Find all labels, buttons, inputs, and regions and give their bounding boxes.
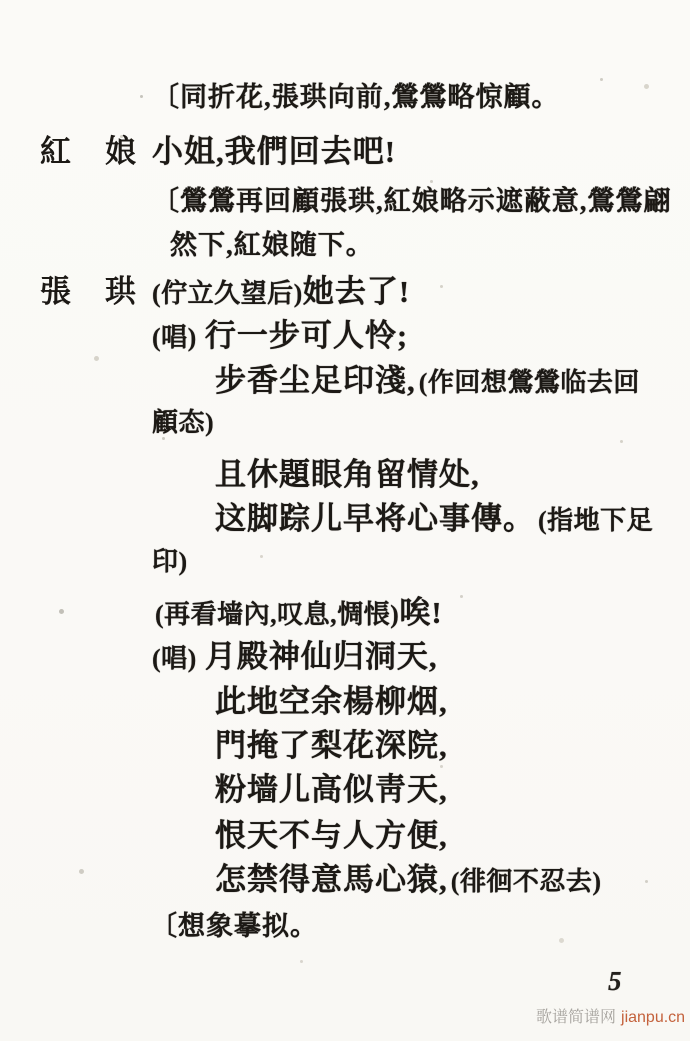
aria1-line3: 且休題眼角留情处, (215, 459, 480, 490)
scan-noise-specks (140, 95, 143, 98)
lyric-text: 这脚踪儿早将心事傳。 (215, 501, 535, 536)
aria1-line1: (唱)行一步可人怜; (152, 320, 408, 351)
stage-direction-exit-line2: 然下,紅娘随下。 (170, 232, 374, 259)
watermark-site-url: jianpu.cn (621, 1009, 685, 1026)
aria1-line2: 步香尘足印淺,(作回想鶯鶯临去回 (215, 365, 640, 396)
dialog-hongniang: 小姐,我們回去吧! (152, 136, 396, 167)
inline-stage-note: (作回想鶯鶯临去回 (419, 368, 640, 397)
aside-line: (再看墙內,叹息,惆悵)唉! (155, 597, 443, 628)
dialog-text: 她去了! (303, 274, 410, 309)
inline-stage-note: (指地下足 (538, 506, 653, 535)
lyric-text: 月殿神仙归洞天, (205, 639, 438, 674)
stage-direction-exit-line1: 〔鶯鶯再回顧張珙,紅娘略示遮蔽意,鶯鶯翩 (152, 188, 672, 215)
inline-stage-note-continuation: 顧态) (152, 410, 214, 436)
sing-marker: (唱) (152, 323, 197, 352)
lyric-text: 怎禁得意馬心猿, (215, 862, 448, 897)
watermark: 歌谱简谱网jianpu.cn (536, 1008, 685, 1027)
aria2-line5: 恨天不与人方便, (215, 820, 448, 851)
dialog-zhanggong: (佇立久望后)她去了! (152, 276, 410, 307)
aria2-line6: 怎禁得意馬心猿,(徘徊不忍去) (215, 864, 602, 895)
inline-stage-note: (佇立久望后) (152, 279, 303, 308)
inline-stage-note-continuation: 印) (152, 549, 188, 575)
stage-direction-opening: 〔同折花,張珙向前,鶯鶯略惊顧。 (152, 84, 560, 111)
inline-stage-note: (再看墙內,叹息,惆悵) (155, 600, 399, 629)
speaker-char: 娘 (105, 136, 136, 167)
speaker-name-hongniang: 紅 娘 (40, 136, 136, 167)
sing-marker: (唱) (152, 644, 197, 673)
aria2-line3: 門掩了梨花深院, (215, 730, 448, 761)
aria1-line4: 这脚踪儿早将心事傳。(指地下足 (215, 503, 653, 534)
aria2-line4: 粉墙儿高似靑天, (215, 774, 448, 805)
scanned-script-page: 〔同折花,張珙向前,鶯鶯略惊顧。 紅 娘 小姐,我們回去吧! 〔鶯鶯再回顧張珙,… (0, 0, 690, 1041)
page-number: 5 (608, 968, 622, 995)
speaker-name-zhanggong: 張 珙 (40, 276, 136, 307)
stage-direction-closing: 〔想象摹拟。 (150, 913, 318, 940)
lyric-text: 行一步可人怜; (205, 318, 408, 353)
lyric-text: 步香尘足印淺, (215, 363, 416, 398)
aria2-line1: (唱)月殿神仙归洞天, (152, 641, 438, 672)
watermark-site-name: 歌谱简谱网 (536, 1009, 616, 1026)
aria2-line2: 此地空余楊柳烟, (215, 686, 448, 717)
speaker-char: 張 (40, 276, 71, 307)
speaker-char: 珙 (105, 276, 136, 307)
dialog-text: 唉! (399, 595, 442, 630)
speaker-char: 紅 (40, 136, 71, 167)
inline-stage-note: (徘徊不忍去) (451, 867, 602, 896)
